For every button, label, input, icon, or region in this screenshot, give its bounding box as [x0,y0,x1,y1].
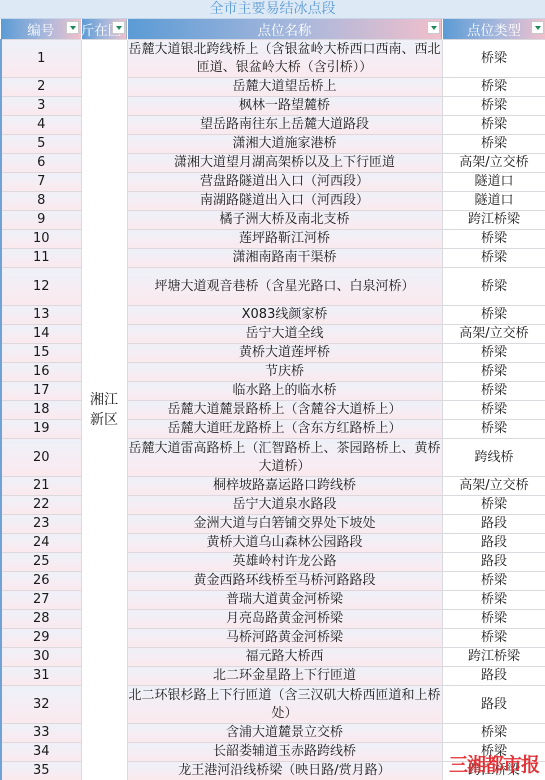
cell-no[interactable]: 21 [1,477,81,496]
cell-location-type[interactable]: 桥梁 [442,230,545,249]
cell-no[interactable]: 10 [1,230,81,249]
cell-no[interactable]: 28 [1,610,81,629]
cell-no[interactable]: 5 [1,135,81,154]
cell-no[interactable]: 18 [1,401,81,420]
filter-dropdown-icon[interactable] [531,21,544,34]
cell-location-type[interactable]: 跨江桥梁 [442,648,545,667]
header-no-label: 编号 [27,19,54,39]
cell-no[interactable]: 12 [1,268,81,306]
cell-location-type[interactable]: 隧道口 [442,192,545,211]
cell-location-name[interactable]: 岳宁大道泉水路段 [127,496,442,515]
cell-no[interactable]: 4 [1,116,81,135]
cell-location-name[interactable]: 北二环金星路上下行匝道 [127,667,442,686]
cell-location-name[interactable]: 临水路上的临水桥 [127,382,442,401]
cell-location-name[interactable]: 坪塘大道观音巷桥（含星光路口、白泉河桥） [127,268,442,306]
cell-location-name[interactable]: 岳宁大道全线 [127,325,442,344]
icy-spots-table: 编号 斤在区 点位名称 点位类型 1湘江新区岳麓大道银北跨线桥上（含银盆岭大桥西… [0,19,545,780]
cell-location-name[interactable]: 岳麓大道雷高路桥上（汇智路桥上、茶园路桥上、黄桥大道桥） [127,439,442,477]
cell-location-name[interactable]: 岳麓大道麓景路桥上（含麓谷大道桥上） [127,401,442,420]
cell-district-merged[interactable]: 湘江新区 [81,40,127,780]
cell-no[interactable]: 11 [1,249,81,268]
cell-location-name[interactable]: 月亮岛路黄金河桥梁 [127,610,442,629]
cell-location-type[interactable]: 隧道口 [442,173,545,192]
table-row: 1湘江新区岳麓大道银北跨线桥上（含银盆岭大桥西口西南、西北匝道、银盆岭大桥（含引… [1,40,545,78]
cell-location-type[interactable]: 桥梁 [442,97,545,116]
cell-location-name[interactable]: 望岳路南往东上岳麓大道路段 [127,116,442,135]
cell-location-type[interactable]: 桥梁 [442,496,545,515]
cell-location-name[interactable]: 岳麓大道望岳桥上 [127,78,442,97]
cell-location-type[interactable]: 路段 [442,667,545,686]
cell-location-type[interactable]: 桥梁 [442,610,545,629]
watermark-logo: 三湘都市报 [449,750,539,777]
cell-location-type[interactable]: 桥梁 [442,382,545,401]
cell-no[interactable]: 13 [1,306,81,325]
cell-location-type[interactable]: 桥梁 [442,40,545,78]
cell-location-name[interactable]: 黄桥大道莲坪桥 [127,344,442,363]
cell-location-name[interactable]: 黄桥大道乌山森林公园路段 [127,534,442,553]
cell-no[interactable]: 6 [1,154,81,173]
cell-no[interactable]: 24 [1,534,81,553]
cell-no[interactable]: 9 [1,211,81,230]
cell-location-type[interactable]: 桥梁 [442,591,545,610]
cell-location-type[interactable]: 桥梁 [442,306,545,325]
sheet-title: 全市主要易结冰点段 [0,0,545,19]
cell-location-name[interactable]: 潇湘大道施家港桥 [127,135,442,154]
filter-dropdown-icon[interactable] [427,21,440,34]
cell-location-name[interactable]: 含浦大道麓景立交桥 [127,724,442,743]
cell-location-name[interactable]: 潇湘大道望月湖高架桥以及上下行匝道 [127,154,442,173]
cell-location-name[interactable]: 岳麓大道旺龙路桥上（含东方红路桥上） [127,420,442,439]
cell-location-name[interactable]: 南湖路隧道出入口（河西段） [127,192,442,211]
cell-location-type[interactable]: 桥梁 [442,724,545,743]
cell-no[interactable]: 31 [1,667,81,686]
cell-no[interactable]: 8 [1,192,81,211]
cell-no[interactable]: 33 [1,724,81,743]
table-body: 1湘江新区岳麓大道银北跨线桥上（含银盆岭大桥西口西南、西北匝道、银盆岭大桥（含引… [1,40,545,780]
cell-location-name[interactable]: 马桥河路黄金河桥梁 [127,629,442,648]
cell-no[interactable]: 35 [1,762,81,780]
filter-dropdown-icon[interactable] [66,21,79,34]
cell-location-type[interactable]: 桥梁 [442,420,545,439]
header-district: 斤在区 [81,19,127,40]
cell-location-type[interactable]: 桥梁 [442,401,545,420]
cell-location-type[interactable]: 桥梁 [442,572,545,591]
cell-no[interactable]: 7 [1,173,81,192]
cell-no[interactable]: 29 [1,629,81,648]
cell-location-name[interactable]: 北二环银杉路上下行匝道（含三汉矶大桥西匝道和上桥处） [127,686,442,724]
cell-location-name[interactable]: 橘子洲大桥及南北支桥 [127,211,442,230]
cell-no[interactable]: 20 [1,439,81,477]
cell-location-type[interactable]: 跨江桥梁 [442,211,545,230]
cell-location-type[interactable]: 高架/立交桥 [442,154,545,173]
cell-location-type[interactable]: 路段 [442,515,545,534]
cell-location-name[interactable]: 福元路大桥西 [127,648,442,667]
cell-location-name[interactable]: 潇湘南路南干渠桥 [127,249,442,268]
cell-location-type[interactable]: 路段 [442,686,545,724]
cell-no[interactable]: 1 [1,40,81,78]
cell-location-type[interactable]: 桥梁 [442,78,545,97]
cell-no[interactable]: 34 [1,743,81,762]
cell-no[interactable]: 27 [1,591,81,610]
cell-no[interactable]: 19 [1,420,81,439]
district-line: 新区 [82,410,127,430]
cell-location-name[interactable]: X083线颜家桥 [127,306,442,325]
cell-no[interactable]: 14 [1,325,81,344]
cell-location-name[interactable]: 黄金西路环线桥至马桥河路路段 [127,572,442,591]
cell-location-name[interactable]: 节庆桥 [127,363,442,382]
filter-dropdown-icon[interactable] [112,21,125,34]
cell-no[interactable]: 30 [1,648,81,667]
cell-location-name[interactable]: 莲坪路靳江河桥 [127,230,442,249]
cell-no[interactable]: 15 [1,344,81,363]
cell-no[interactable]: 22 [1,496,81,515]
cell-location-name[interactable]: 桐梓坡路嘉运路口跨线桥 [127,477,442,496]
cell-location-type[interactable]: 桥梁 [442,363,545,382]
cell-location-type[interactable]: 桥梁 [442,629,545,648]
header-name-label: 点位名称 [258,19,312,39]
cell-location-type[interactable]: 路段 [442,553,545,572]
cell-location-type[interactable]: 桥梁 [442,116,545,135]
cell-no[interactable]: 2 [1,78,81,97]
cell-location-name[interactable]: 枫林一路望麓桥 [127,97,442,116]
cell-location-name[interactable]: 龙王港河沿线桥梁（映日路/赏月路） [127,762,442,780]
header-no: 编号 [1,19,81,40]
cell-location-name[interactable]: 金洲大道与白箬铺交界处下坡处 [127,515,442,534]
cell-location-type[interactable]: 桥梁 [442,268,545,306]
cell-no[interactable]: 23 [1,515,81,534]
cell-no[interactable]: 17 [1,382,81,401]
cell-location-name[interactable]: 普瑞大道黄金河桥梁 [127,591,442,610]
header-type: 点位类型 [442,19,545,40]
cell-location-name[interactable]: 长韶娄辅道玉赤路跨线桥 [127,743,442,762]
district-line: 湘江 [82,390,127,410]
cell-location-type[interactable]: 桥梁 [442,135,545,154]
cell-location-type[interactable]: 高架/立交桥 [442,477,545,496]
cell-no[interactable]: 16 [1,363,81,382]
header-type-label: 点位类型 [467,19,521,39]
cell-no[interactable]: 25 [1,553,81,572]
cell-no[interactable]: 32 [1,686,81,724]
cell-location-type[interactable]: 高架/立交桥 [442,325,545,344]
cell-location-name[interactable]: 英雄岭村许龙公路 [127,553,442,572]
cell-location-name[interactable]: 营盘路隧道出入口（河西段） [127,173,442,192]
cell-location-type[interactable]: 桥梁 [442,249,545,268]
cell-location-type[interactable]: 桥梁 [442,344,545,363]
cell-no[interactable]: 3 [1,97,81,116]
cell-no[interactable]: 26 [1,572,81,591]
cell-location-name[interactable]: 岳麓大道银北跨线桥上（含银盆岭大桥西口西南、西北匝道、银盆岭大桥（含引桥）） [127,40,442,78]
header-row: 编号 斤在区 点位名称 点位类型 [1,19,545,40]
header-name: 点位名称 [127,19,442,40]
cell-location-type[interactable]: 跨线桥 [442,439,545,477]
spreadsheet: 全市主要易结冰点段 编号 斤在区 点位名称 点位类型 [0,0,545,780]
cell-location-type[interactable]: 路段 [442,534,545,553]
